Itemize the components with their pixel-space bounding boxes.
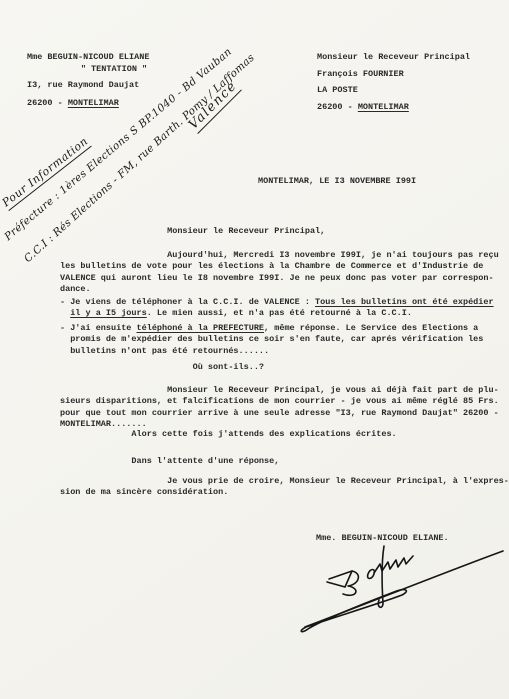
typed-line: Je vous prie de croire, Monsieur le Rece… (60, 476, 509, 487)
paragraph-intro: Aujourd'hui, Mercredi I3 novembre I99I, … (60, 250, 499, 295)
typed-underlined-text: Tous les bulletins ont été expédier (315, 297, 494, 307)
paragraph-closing-formula: Je vous prie de croire, Monsieur le Rece… (60, 476, 509, 499)
typed-line: Alors cette fois j'attends des explicati… (60, 429, 397, 440)
paragraph-complaint: Monsieur le Receveur Principal, je vous … (60, 385, 499, 430)
typed-text: sieurs disparitions, et falcifications d… (60, 396, 499, 406)
typed-line: dance. (60, 284, 499, 295)
date-line: MONTELIMAR, LE I3 NOVEMBRE I99I (258, 176, 416, 186)
handwritten-signature (275, 543, 507, 639)
typed-text: - Je viens de téléphoner à la C.C.I. de … (60, 297, 315, 307)
recipient-address-block: Monsieur le Receveur Principal François … (317, 52, 470, 118)
typed-text: Monsieur le Receveur Principal, je vous … (60, 385, 499, 395)
typed-text: promis de m'expédier des bulletins ce so… (60, 334, 483, 344)
signature-loop-stroke (301, 590, 406, 632)
paragraph-salutation: Monsieur le Receveur Principal, (60, 226, 325, 237)
typed-line: Où sont-ils..? (60, 362, 264, 373)
signature-o-loop (368, 570, 375, 579)
typed-text: Je vous prie de croire, Monsieur le Rece… (60, 476, 509, 486)
recipient-name: François FOURNIER (317, 69, 470, 79)
recipient-city: MONTELIMAR (358, 102, 409, 112)
typed-text: Aujourd'hui, Mercredi I3 novembre I99I, … (60, 250, 499, 260)
signature-printed-name: Mme. BEGUIN-NICOUD ELIANE. (316, 533, 449, 543)
typed-line: bulletins n'ont pas été retournés...... (60, 346, 483, 357)
typed-text: MONTELIMAR....... (60, 419, 147, 429)
typed-underlined-text: téléphoné à la PREFECTURE (137, 323, 265, 333)
typed-text: . Le mien aussi, et n'a pas été retourné… (147, 308, 412, 318)
sender-city: MONTELIMAR (68, 98, 119, 108)
typed-line: pour que tout mon courrier arrive à une … (60, 408, 499, 419)
typed-text: VALENCE qui auront lieu le I8 novembre I… (60, 273, 494, 283)
typed-text: Où sont-ils..? (60, 362, 264, 372)
recipient-org: LA POSTE (317, 85, 470, 95)
typed-line: Aujourd'hui, Mercredi I3 novembre I99I, … (60, 250, 499, 261)
recipient-city-line: 26200 - MONTELIMAR (317, 102, 470, 112)
typed-text: bulletins n'ont pas été retournés...... (60, 346, 269, 356)
typed-text: Alors cette fois j'attends des explicati… (60, 429, 397, 439)
typed-text: , même réponse. Le Service des Elections… (264, 323, 478, 333)
typed-text: - J'ai ensuite (60, 323, 137, 333)
typed-line: sion de ma sincère considération. (60, 487, 509, 498)
typed-line: - J'ai ensuite téléphoné à la PREFECTURE… (60, 323, 483, 334)
typed-line: - Je viens de téléphoner à la C.C.I. de … (60, 297, 494, 308)
typed-text: Dans l'attente d'une réponse, (60, 456, 279, 466)
typed-line: Monsieur le Receveur Principal, je vous … (60, 385, 499, 396)
typed-line: sieurs disparitions, et falcifications d… (60, 396, 499, 407)
paragraph-bullet-prefecture: - J'ai ensuite téléphoné à la PREFECTURE… (60, 323, 483, 357)
typed-line: Monsieur le Receveur Principal, (60, 226, 325, 237)
typed-line: il y a I5 jours. Le mien aussi, et n'a p… (60, 308, 494, 319)
typed-text: Monsieur le Receveur Principal, (60, 226, 325, 236)
recipient-title: Monsieur le Receveur Principal (317, 52, 470, 62)
signature-zigzag-stroke (374, 556, 413, 573)
typed-line: les bulletins de vote pour les élections… (60, 261, 499, 272)
typed-line: promis de m'expédier des bulletins ce so… (60, 334, 483, 345)
typed-text: sion de ma sincère considération. (60, 487, 228, 497)
typed-text (60, 308, 70, 318)
typed-text: dance. (60, 284, 91, 294)
paragraph-awaiting-reply: Dans l'attente d'une réponse, (60, 456, 279, 467)
typed-underlined-text: il y a I5 jours (70, 308, 147, 318)
paragraph-question: Où sont-ils..? (60, 362, 264, 373)
typed-text: pour que tout mon courrier arrive à une … (60, 408, 499, 418)
scanned-letter-page: Mme BEGUIN-NICOUD ELIANE " TENTATION " I… (0, 0, 509, 699)
signature-b-flag (327, 571, 352, 587)
typed-line: VALENCE qui auront lieu le I8 novembre I… (60, 273, 499, 284)
recipient-postal-code: 26200 - (317, 102, 358, 112)
sender-name: Mme BEGUIN-NICOUD ELIANE (27, 52, 201, 62)
paragraph-bullet-cci: - Je viens de téléphoner à la C.C.I. de … (60, 297, 494, 320)
paragraph-demand: Alors cette fois j'attends des explicati… (60, 429, 397, 440)
typed-line: Dans l'attente d'une réponse, (60, 456, 279, 467)
sender-postal-code: 26200 - (27, 98, 68, 108)
typed-text: les bulletins de vote pour les élections… (60, 261, 483, 271)
sender-company: " TENTATION " (27, 64, 201, 74)
